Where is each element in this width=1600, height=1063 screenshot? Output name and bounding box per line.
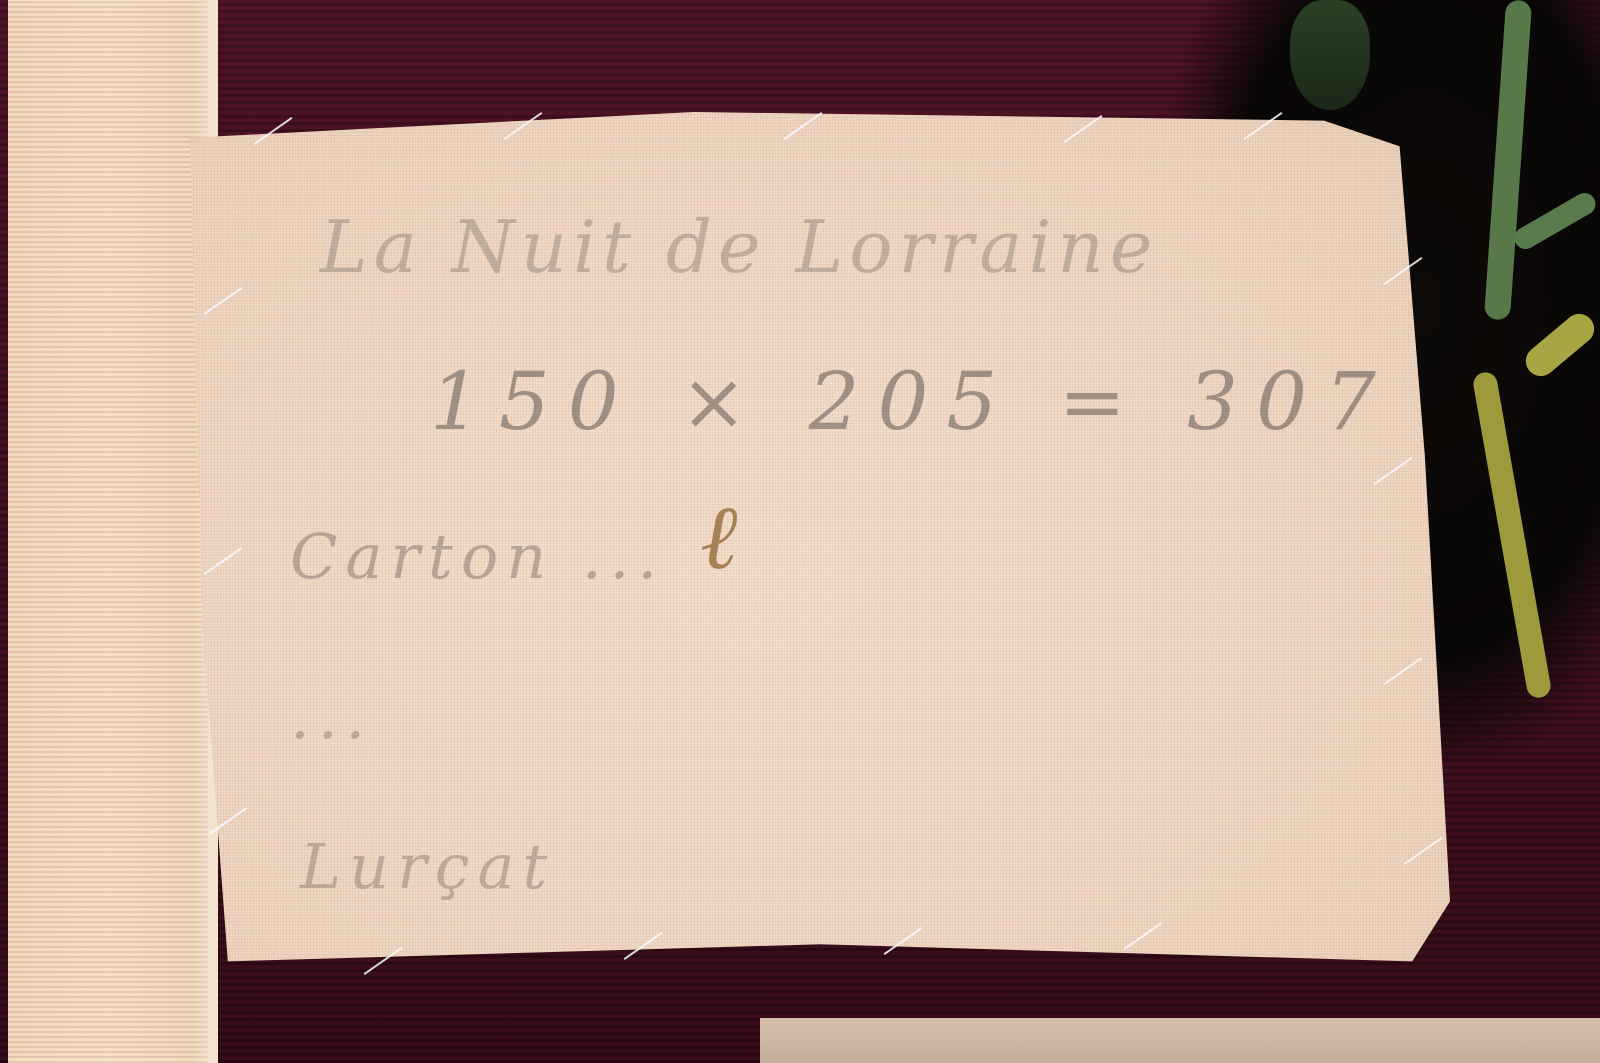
- label-line-3: Carton ...: [290, 520, 665, 593]
- tapestry-border-strip: [8, 0, 218, 1063]
- bottom-border-strip: [760, 1018, 1600, 1063]
- label-line-5: Lurçat: [300, 830, 555, 903]
- label-dimensions-line: 150 × 205 = 307: [430, 355, 1394, 448]
- ink-mark: ℓ: [700, 485, 790, 635]
- label-title-line: La Nuit de Lorraine: [320, 205, 1158, 289]
- label-line-4: ...: [290, 680, 373, 753]
- green-motif: [1290, 0, 1370, 110]
